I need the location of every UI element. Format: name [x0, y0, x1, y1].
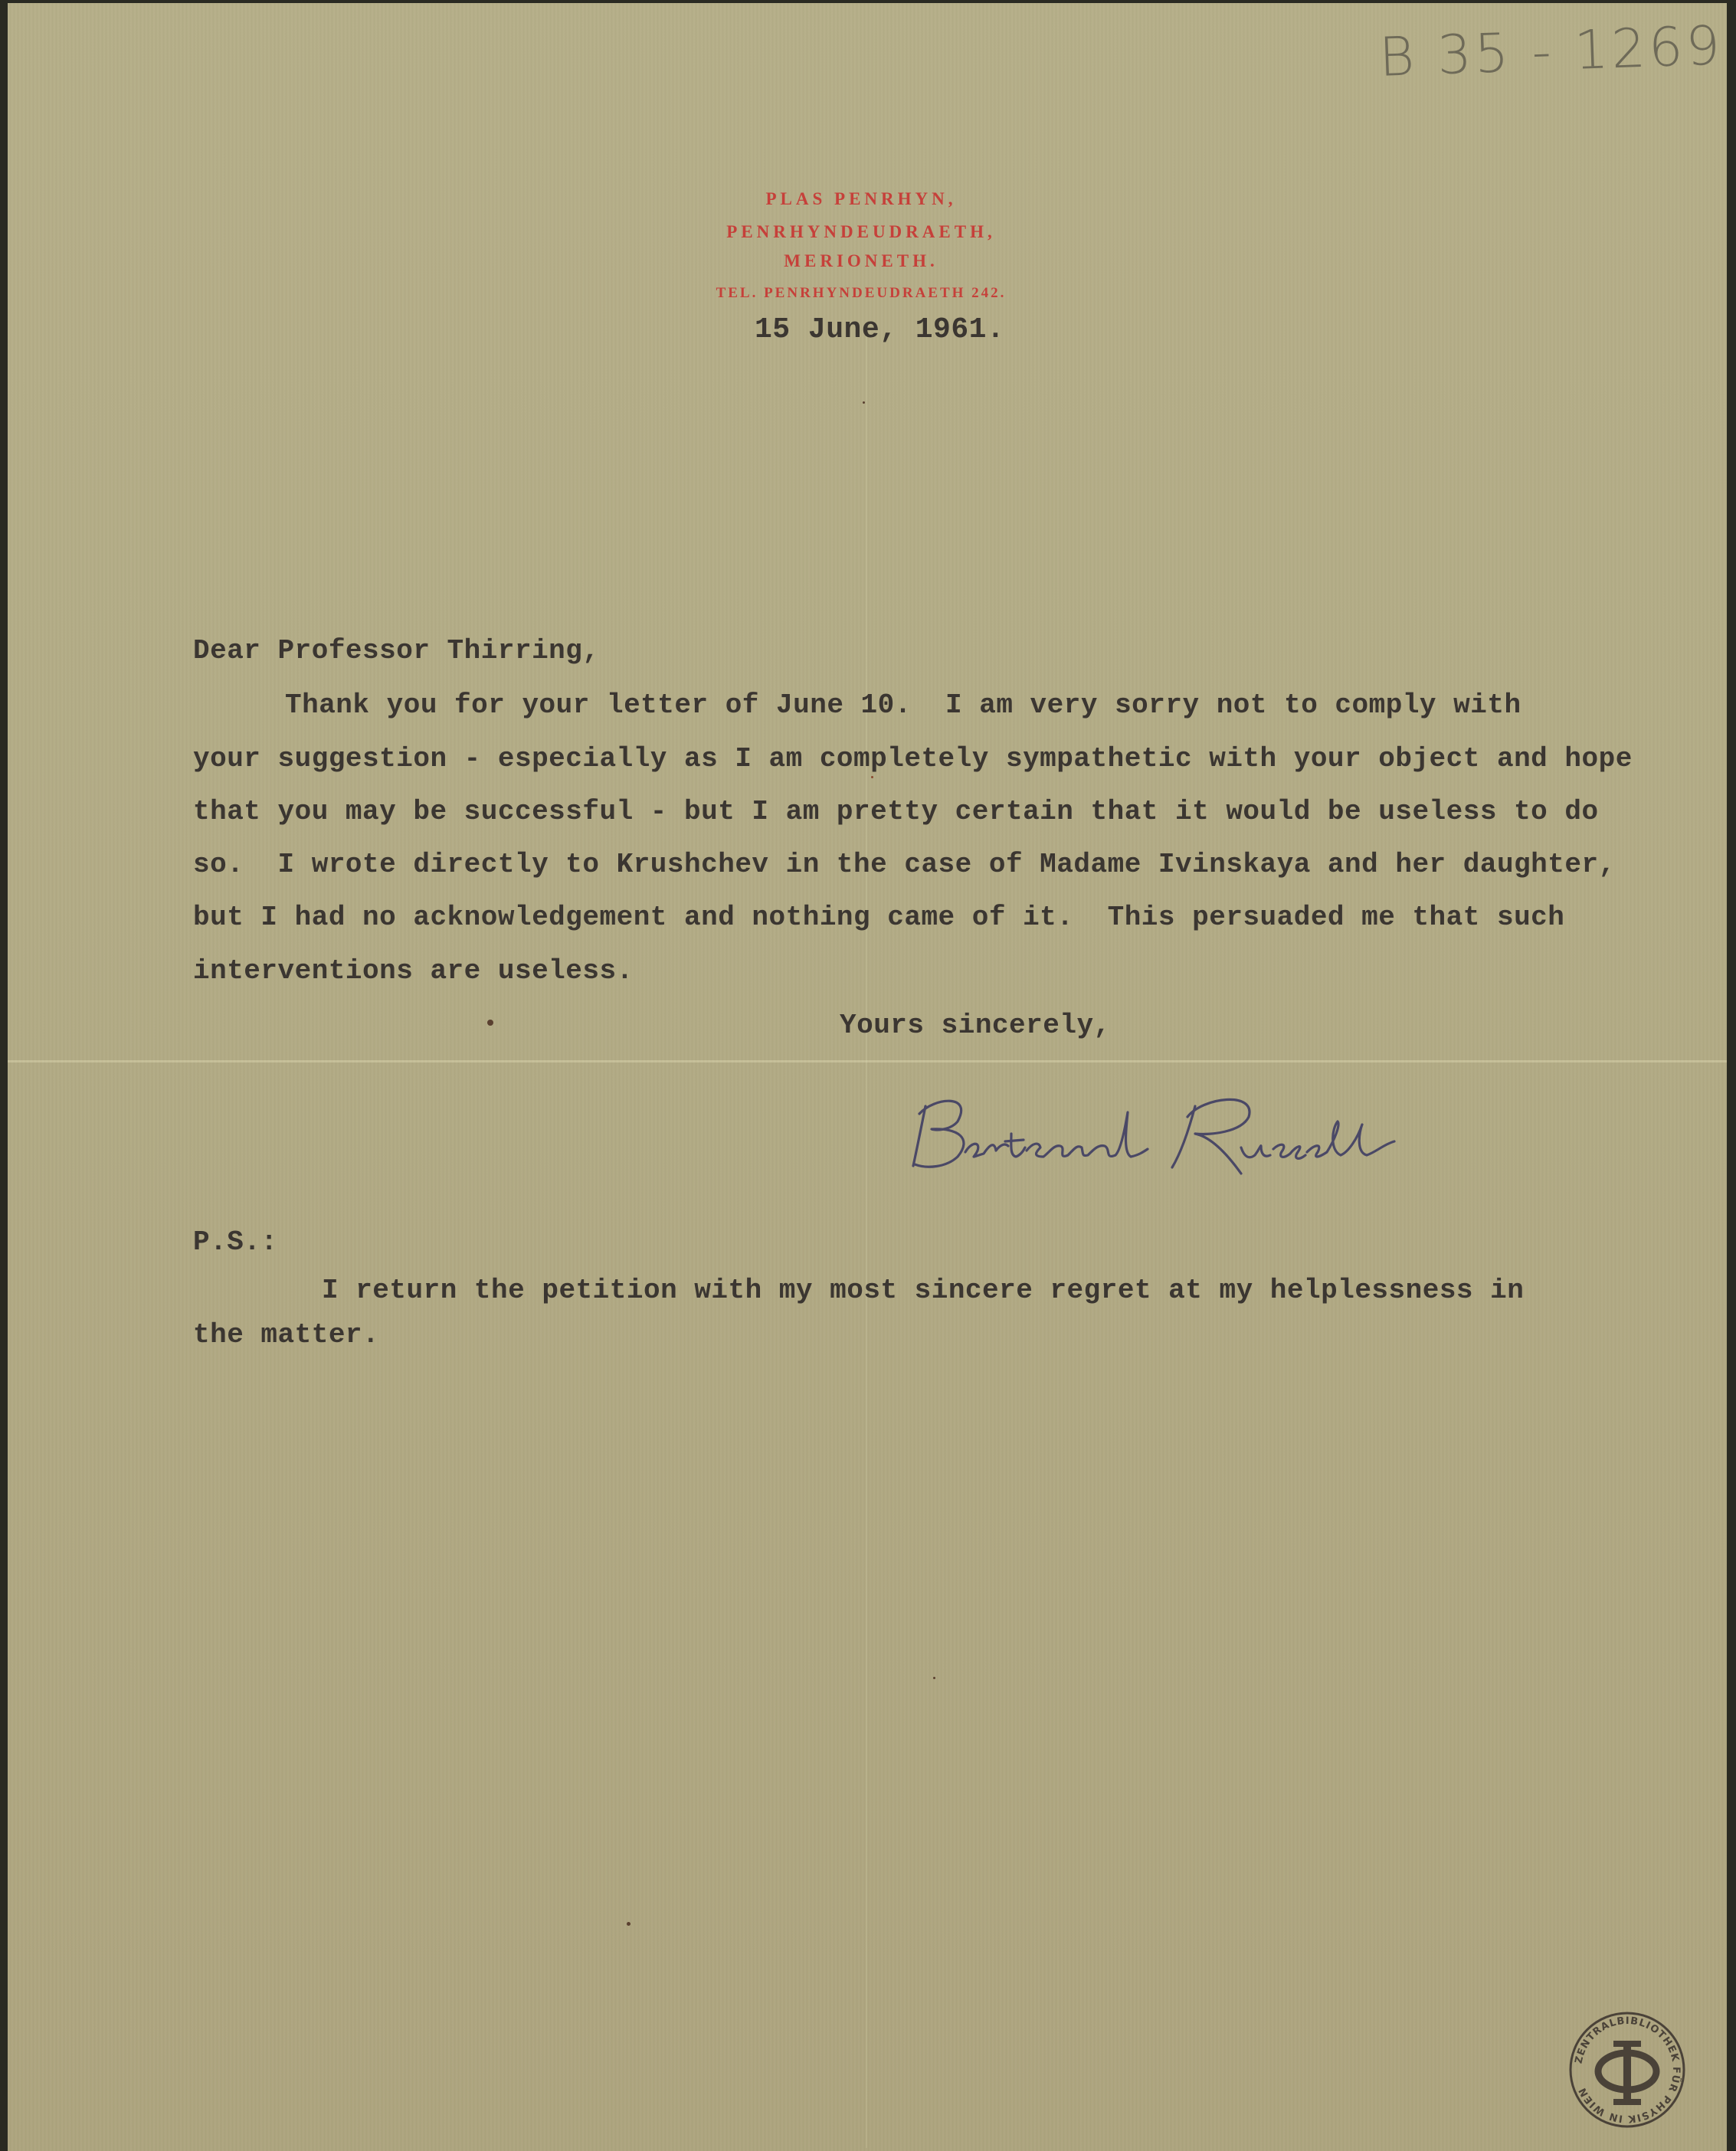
postscript-line: I return the petition with my most since… [322, 1275, 1524, 1306]
body-line: interventions are useless. [193, 955, 634, 987]
postscript-line: the matter. [193, 1319, 379, 1351]
archive-number: B 35 - 1269 [1378, 14, 1725, 89]
body-line: that you may be successful - but I am pr… [193, 796, 1599, 827]
closing: Yours sincerely, [840, 1010, 1111, 1041]
letterhead-telephone: TEL. PENRHYNDEUDRAETH 242. [2, 285, 1721, 302]
letterhead-county: MERIONETH. [2, 251, 1721, 271]
body-line: so. I wrote directly to Krushchev in the… [193, 849, 1616, 880]
salutation: Dear Professor Thirring, [193, 635, 599, 666]
paper-speck [871, 776, 873, 778]
postscript-label: P.S.: [193, 1226, 278, 1258]
body-line: Thank you for your letter of June 10. I … [285, 689, 1521, 721]
paper-fold-horizontal [8, 1060, 1727, 1062]
letter-date: 15 June, 1961. [755, 313, 1004, 346]
letterhead-town: PENRHYNDEUDRAETH, [2, 222, 1721, 242]
letter-page: B 35 - 1269 PLAS PENRHYN, PENRHYNDEUDRAE… [8, 3, 1727, 2151]
handwritten-signature: Bertrand Russell [904, 1091, 1456, 1183]
body-line: but I had no acknowledgement and nothing… [193, 902, 1564, 933]
body-line: your suggestion - especially as I am com… [193, 743, 1633, 774]
library-stamp-icon: ZENTRALBIBLIOTHEK FÜR PHYSIK IN WIEN ZEN… [1566, 2009, 1689, 2131]
letterhead-house: PLAS PENRHYN, [2, 189, 1721, 209]
paper-speck [627, 1922, 631, 1926]
paper-speck [863, 401, 865, 404]
paper-speck [933, 1677, 935, 1679]
paper-speck [487, 1020, 493, 1026]
paper-fold-vertical [866, 325, 867, 2148]
